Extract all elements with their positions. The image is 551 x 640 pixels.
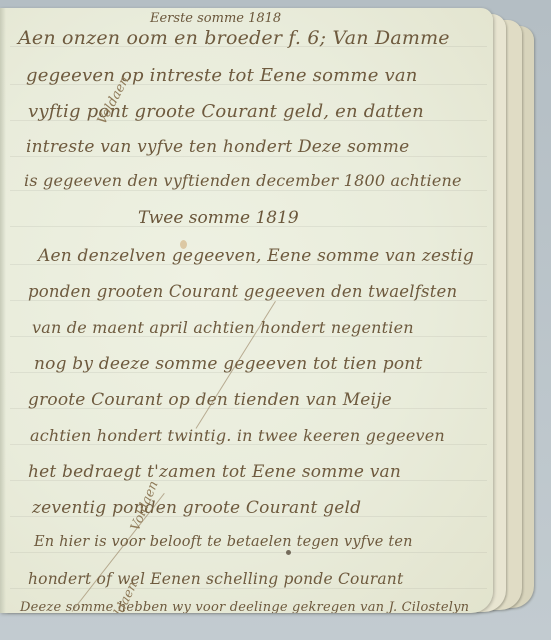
heading-second-sum: Twee somme 1819 [138,208,299,228]
text-line-12: het bedraegt t'zamen tot Eene somme van [28,462,401,482]
text-line-4: intreste van vyfve ten hondert Deze somm… [26,137,409,157]
ink-dot [286,550,291,555]
text-line-11: achtien hondert twintig. in twee keeren … [30,426,445,445]
ruled-line [10,552,487,553]
text-line-6: Aen denzelven gegeeven, Eene somme van z… [38,246,474,266]
scan-background: Eerste somme 1818 Aen onzen oom en broed… [0,0,551,640]
text-line-8: van de maent april achtien hondert negen… [32,318,414,337]
text-line-5: is gegeeven den vyftienden december 1800… [24,171,462,190]
manuscript-page: Eerste somme 1818 Aen onzen oom en broed… [0,8,493,613]
text-line-1: Aen onzen oom en broeder f. 6; Van Damme [18,27,450,49]
text-line-7: ponden grooten Courant gegeeven den twae… [28,282,457,301]
text-line-15: hondert of wel Eenen schelling ponde Cou… [28,570,403,588]
text-line-14: En hier is voor belooft te betaelen tege… [34,534,413,550]
ruled-line [10,588,487,589]
text-line-3: vyftig pont groote Courant geld, en datt… [28,101,424,122]
page-spine-shadow [0,8,6,613]
ruled-line [10,190,487,191]
header-note-first-sum: Eerste somme 1818 [150,11,281,26]
text-line-13: zeventig ponden groote Courant geld [32,498,361,518]
text-line-9: nog by deeze somme gegeeven tot tien pon… [34,354,423,374]
text-line-16: Deeze somme hebben wy voor deelinge gekr… [20,600,469,613]
text-line-2: gegeeven op intreste tot Eene somme van [26,65,418,86]
